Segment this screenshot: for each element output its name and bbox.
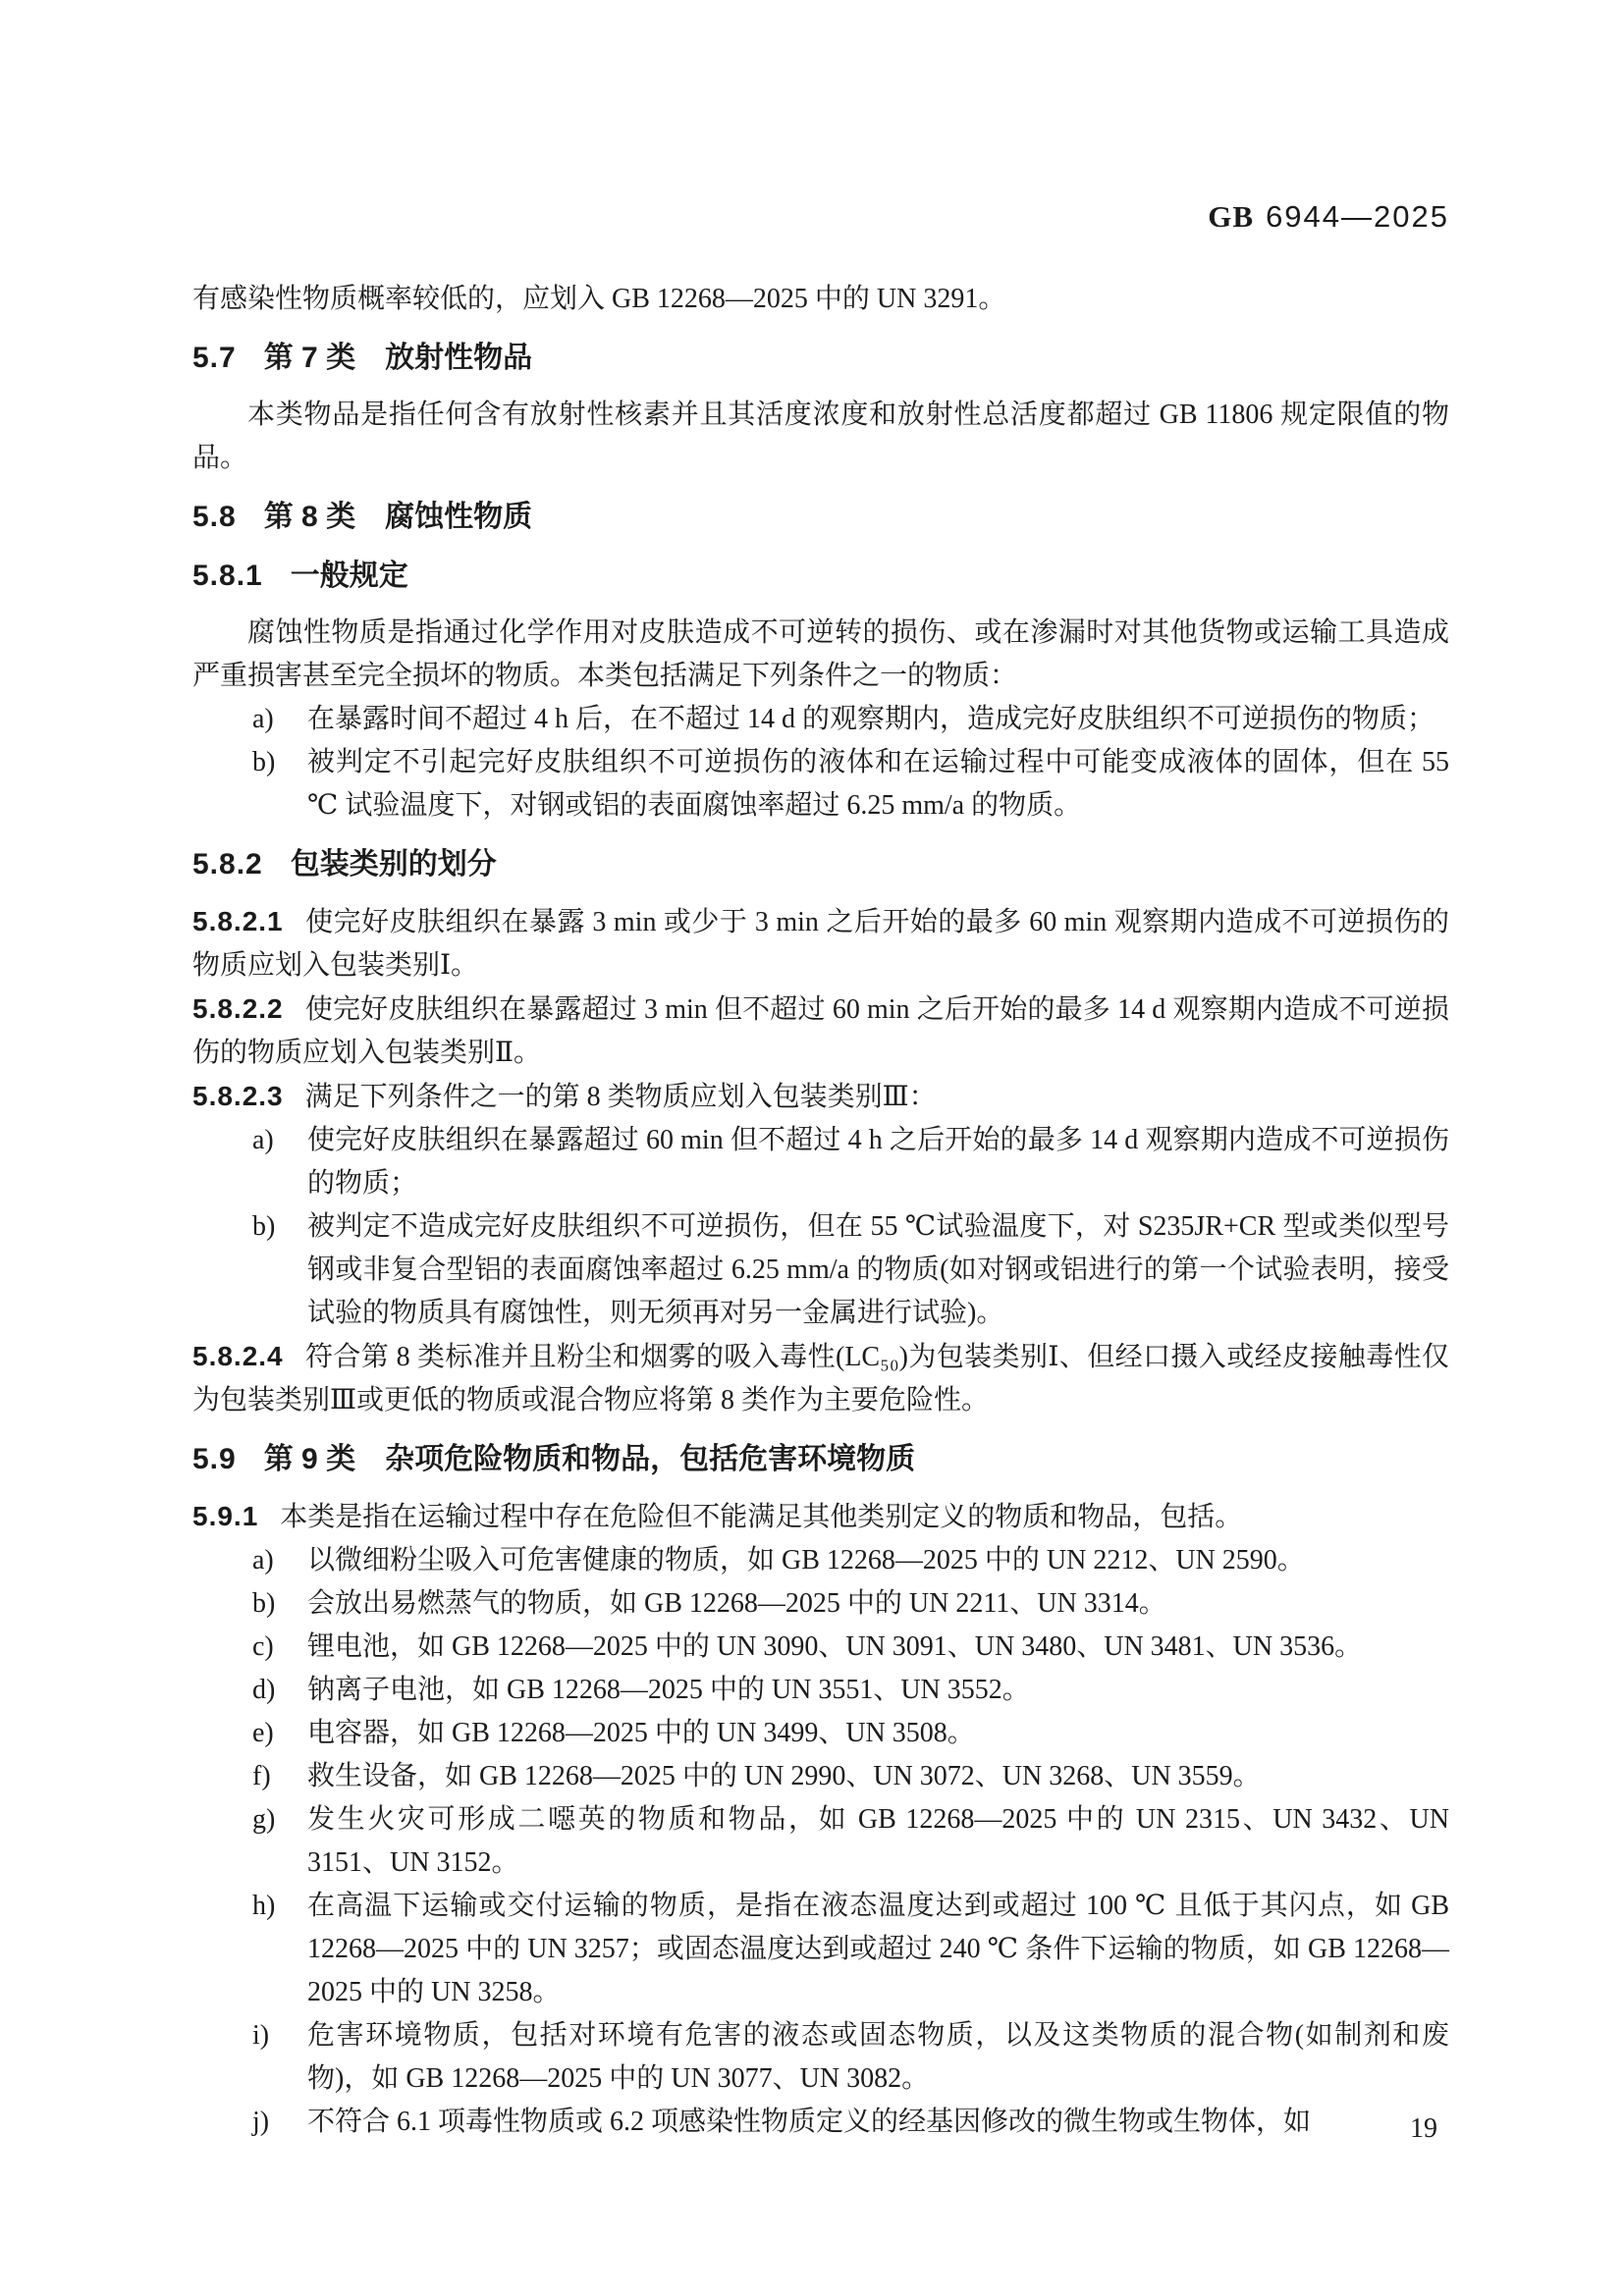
paragraph-5-7: 本类物品是指任何含有放射性核素并且其活度浓度和放射性总活度都超过 GB 1180… bbox=[192, 394, 1449, 480]
list-item-text: 救生设备，如 GB 12268—2025 中的 UN 2990、UN 3072、… bbox=[307, 1755, 1449, 1798]
clause-text: 使完好皮肤组织在暴露超过 3 min 但不超过 60 min 之后开始的最多 1… bbox=[192, 994, 1449, 1068]
heading-number: 5.8 bbox=[192, 501, 237, 533]
list-item-label: a) bbox=[252, 698, 307, 741]
list-item-label: c) bbox=[252, 1626, 307, 1669]
list-item: b) 会放出易燃蒸气的物质，如 GB 12268—2025 中的 UN 2211… bbox=[192, 1582, 1449, 1626]
heading-5-9: 5.9第 9 类 杂项危险物质和物品，包括危害环境物质 bbox=[192, 1438, 1449, 1481]
list-item-text: 在高温下运输或交付运输的物质，是指在液态温度达到或超过 100 ℃ 且低于其闪点… bbox=[307, 1885, 1449, 2014]
list-item-label: f) bbox=[252, 1755, 307, 1798]
paragraph-continuation: 有感染性物质概率较低的，应划入 GB 12268—2025 中的 UN 3291… bbox=[192, 278, 1449, 321]
standard-code-number: 6944—2025 bbox=[1266, 199, 1449, 234]
clause-5-8-2-2: 5.8.2.2使完好皮肤组织在暴露超过 3 min 但不超过 60 min 之后… bbox=[192, 988, 1449, 1075]
list-item-label: a) bbox=[252, 1119, 307, 1205]
list-item-text: 电容器，如 GB 12268—2025 中的 UN 3499、UN 3508。 bbox=[307, 1712, 1449, 1755]
list-item-text: 以微细粉尘吸入可危害健康的物质，如 GB 12268—2025 中的 UN 22… bbox=[307, 1539, 1449, 1582]
list-item-text: 在暴露时间不超过 4 h 后，在不超过 14 d 的观察期内，造成完好皮肤组织不… bbox=[307, 698, 1449, 741]
list-item: b) 被判定不引起完好皮肤组织不可逆损伤的液体和在运输过程中可能变成液体的固体，… bbox=[192, 741, 1449, 828]
heading-title: 一般规定 bbox=[291, 560, 408, 592]
clause-5-8-2-4: 5.8.2.4符合第 8 类标准并且粉尘和烟雾的吸入毒性(LC₅₀)为包装类别Ⅰ… bbox=[192, 1335, 1449, 1422]
clause-5-9-1: 5.9.1本类是指在运输过程中存在危险但不能满足其他类别定义的物质和物品，包括。 bbox=[192, 1495, 1449, 1539]
clause-number: 5.8.2.3 bbox=[192, 1081, 284, 1111]
list-item-text: 钠离子电池，如 GB 12268—2025 中的 UN 3551、UN 3552… bbox=[307, 1669, 1449, 1712]
clause-number: 5.9.1 bbox=[192, 1501, 258, 1531]
heading-number: 5.8.2 bbox=[192, 848, 263, 881]
list-item-label: d) bbox=[252, 1669, 307, 1712]
list-item: f) 救生设备，如 GB 12268—2025 中的 UN 2990、UN 30… bbox=[192, 1755, 1449, 1798]
list-item-label: b) bbox=[252, 1205, 307, 1335]
clause-number: 5.8.2.1 bbox=[192, 906, 284, 936]
clause-5-8-2-3: 5.8.2.3满足下列条件之一的第 8 类物质应划入包装类别Ⅲ： bbox=[192, 1075, 1449, 1119]
list-item-text: 不符合 6.1 项毒性物质或 6.2 项感染性物质定义的经基因修改的微生物或生物… bbox=[307, 2101, 1449, 2144]
clause-text: 使完好皮肤组织在暴露 3 min 或少于 3 min 之后开始的最多 60 mi… bbox=[192, 907, 1449, 981]
list-item-label: h) bbox=[252, 1885, 307, 2014]
list-item: e) 电容器，如 GB 12268—2025 中的 UN 3499、UN 350… bbox=[192, 1712, 1449, 1755]
heading-5-8-1: 5.8.1一般规定 bbox=[192, 555, 1449, 598]
page-header: GB6944—2025 bbox=[192, 199, 1449, 237]
list-item: j) 不符合 6.1 项毒性物质或 6.2 项感染性物质定义的经基因修改的微生物… bbox=[192, 2101, 1449, 2144]
list-item-text: 危害环境物质，包括对环境有危害的液态或固态物质，以及这类物质的混合物(如制剂和废… bbox=[307, 2014, 1449, 2101]
list-item-label: j) bbox=[252, 2101, 307, 2144]
list-item-text: 发生火灾可形成二噁英的物质和物品，如 GB 12268—2025 中的 UN 2… bbox=[307, 1798, 1449, 1885]
list-item-text: 锂电池，如 GB 12268—2025 中的 UN 3090、UN 3091、U… bbox=[307, 1626, 1449, 1669]
list-item-text: 被判定不造成完好皮肤组织不可逆损伤，但在 55 ℃试验温度下，对 S235JR+… bbox=[307, 1205, 1449, 1335]
list-item: a) 以微细粉尘吸入可危害健康的物质，如 GB 12268—2025 中的 UN… bbox=[192, 1539, 1449, 1582]
list-item-text: 被判定不引起完好皮肤组织不可逆损伤的液体和在运输过程中可能变成液体的固体，但在 … bbox=[307, 741, 1449, 828]
list-item-label: i) bbox=[252, 2014, 307, 2101]
clause-text: 满足下列条件之一的第 8 类物质应划入包装类别Ⅲ： bbox=[305, 1082, 937, 1112]
heading-title: 第 7 类 放射性物品 bbox=[264, 342, 532, 374]
heading-title: 第 9 类 杂项危险物质和物品，包括危害环境物质 bbox=[264, 1443, 915, 1475]
clause-5-8-2-1: 5.8.2.1使完好皮肤组织在暴露 3 min 或少于 3 min 之后开始的最… bbox=[192, 900, 1449, 988]
list-item-label: g) bbox=[252, 1798, 307, 1885]
list-item-label: a) bbox=[252, 1539, 307, 1582]
clause-text: 符合第 8 类标准并且粉尘和烟雾的吸入毒性(LC₅₀)为包装类别Ⅰ、但经口摄入或… bbox=[192, 1342, 1449, 1415]
list-item-text: 使完好皮肤组织在暴露超过 60 min 但不超过 4 h 之后开始的最多 14 … bbox=[307, 1119, 1449, 1205]
document-page: GB6944—2025 有感染性物质概率较低的，应划入 GB 12268—202… bbox=[0, 0, 1624, 2296]
list-item: h) 在高温下运输或交付运输的物质，是指在液态温度达到或超过 100 ℃ 且低于… bbox=[192, 1885, 1449, 2014]
clause-number: 5.8.2.4 bbox=[192, 1341, 284, 1371]
list-item: c) 锂电池，如 GB 12268—2025 中的 UN 3090、UN 309… bbox=[192, 1626, 1449, 1669]
page-number: 19 bbox=[1410, 2112, 1437, 2146]
list-item: b) 被判定不造成完好皮肤组织不可逆损伤，但在 55 ℃试验温度下，对 S235… bbox=[192, 1205, 1449, 1335]
list-item-text: 会放出易燃蒸气的物质，如 GB 12268—2025 中的 UN 2211、UN… bbox=[307, 1582, 1449, 1626]
heading-number: 5.9 bbox=[192, 1443, 237, 1475]
list-item-label: e) bbox=[252, 1712, 307, 1755]
list-item: a) 使完好皮肤组织在暴露超过 60 min 但不超过 4 h 之后开始的最多 … bbox=[192, 1119, 1449, 1205]
list-item: d) 钠离子电池，如 GB 12268—2025 中的 UN 3551、UN 3… bbox=[192, 1669, 1449, 1712]
clause-number: 5.8.2.2 bbox=[192, 993, 284, 1024]
heading-5-7: 5.7第 7 类 放射性物品 bbox=[192, 337, 1449, 380]
heading-number: 5.7 bbox=[192, 342, 237, 374]
list-item-label: b) bbox=[252, 1582, 307, 1626]
list-item: i) 危害环境物质，包括对环境有危害的液态或固态物质，以及这类物质的混合物(如制… bbox=[192, 2014, 1449, 2101]
list-item: a) 在暴露时间不超过 4 h 后，在不超过 14 d 的观察期内，造成完好皮肤… bbox=[192, 698, 1449, 741]
heading-title: 包装类别的划分 bbox=[291, 848, 497, 881]
paragraph-5-8-1: 腐蚀性物质是指通过化学作用对皮肤造成不可逆转的损伤、或在渗漏时对其他货物或运输工… bbox=[192, 612, 1449, 698]
list-item-label: b) bbox=[252, 741, 307, 828]
heading-5-8: 5.8第 8 类 腐蚀性物质 bbox=[192, 496, 1449, 539]
list-item: g) 发生火灾可形成二噁英的物质和物品，如 GB 12268—2025 中的 U… bbox=[192, 1798, 1449, 1885]
heading-title: 第 8 类 腐蚀性物质 bbox=[264, 501, 532, 533]
heading-number: 5.8.1 bbox=[192, 560, 263, 592]
heading-5-8-2: 5.8.2包装类别的划分 bbox=[192, 843, 1449, 886]
standard-code-prefix: GB bbox=[1208, 199, 1254, 234]
clause-text: 本类是指在运输过程中存在危险但不能满足其他类别定义的物质和物品，包括。 bbox=[280, 1502, 1242, 1532]
